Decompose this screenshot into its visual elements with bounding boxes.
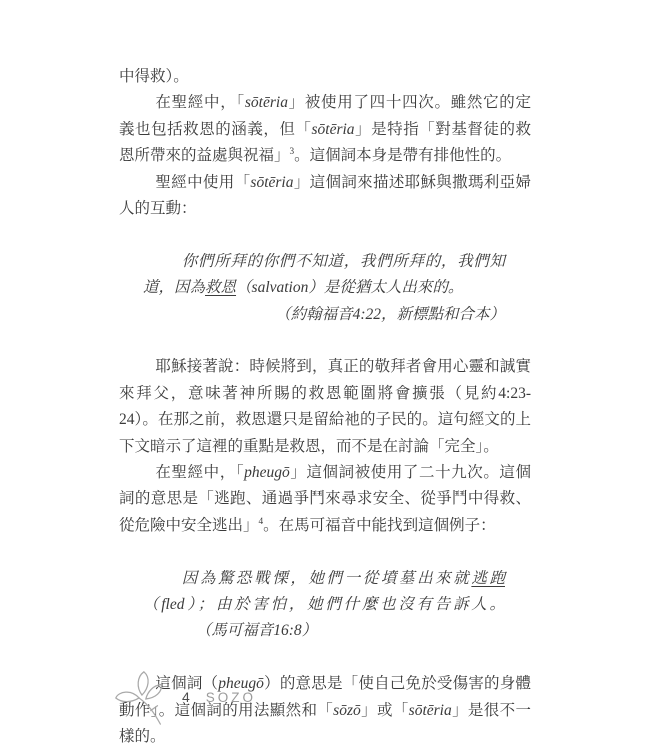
- paragraph: 中得救）。: [119, 64, 531, 90]
- paragraph: 耶穌接著說：時候將到，真正的敬拜者會用心靈和誠實來拜父，意味著神所賜的救恩範圍將…: [119, 354, 531, 460]
- text-run: 」或「: [361, 702, 409, 719]
- page-number: 4: [182, 689, 190, 705]
- text-run: 救恩: [205, 279, 236, 296]
- text-run: 耶穌接著說：時候將到，真正的敬拜者會用心靈和誠實來拜父，意味著神所賜的救恩範圍將…: [119, 358, 531, 454]
- scripture-quote: 因為驚恐戰慄，她們一從墳墓出來就逃跑（fled）；由於害怕，她們什麼也沒有告訴人…: [143, 566, 505, 645]
- text-run: 在聖經中，「: [155, 464, 244, 481]
- paragraph: 在聖經中，「sōtēria」被使用了四十四次。雖然它的定義也包括救恩的涵義，但「…: [119, 90, 531, 169]
- text-run: sōzō: [333, 702, 361, 719]
- text-run: sōtēria: [311, 121, 354, 138]
- book-page: 中得救）。在聖經中，「sōtēria」被使用了四十四次。雖然它的定義也包括救恩的…: [0, 0, 650, 750]
- paragraph: 在聖經中，「pheugō」這個詞被使用了二十九次。這個詞的意思是「逃跑、通過爭鬥…: [119, 460, 531, 539]
- text-run: （約翰福音4:22，新標點和合本）: [275, 306, 505, 323]
- text-run: （馬可福音16:8）: [196, 622, 317, 639]
- paragraph: 聖經中使用「sōtēria」這個詞來描述耶穌與撒瑪利亞婦人的互動：: [119, 170, 531, 223]
- text-run: 。在馬可福音中能找到這個例子：: [263, 517, 496, 534]
- text-run: 中得救）。: [119, 68, 189, 85]
- text-run: 因為驚恐戰慄，她們一從墳墓出來就: [182, 570, 472, 587]
- scripture-quote: 你們所拜的你們不知道，我們所拜的，我們知道，因為救恩（salvation）是從猶…: [143, 249, 505, 302]
- text-run: （fled）；由於害怕，她們什麼也沒有告訴人。: [143, 596, 505, 613]
- book-title: SOZO: [206, 690, 256, 705]
- text-run: 逃跑: [471, 570, 505, 587]
- text-run: 聖經中使用「: [155, 174, 250, 191]
- text-run: 。這個詞本身是帶有排他性的。: [294, 147, 511, 164]
- text-run: sōtēria: [245, 94, 288, 111]
- scripture-reference: （約翰福音4:22，新標點和合本）: [143, 302, 505, 328]
- document-body: 中得救）。在聖經中，「sōtēria」被使用了四十四次。雖然它的定義也包括救恩的…: [119, 64, 531, 750]
- text-run: pheugō: [244, 464, 290, 481]
- text-run: sōtēria: [409, 702, 452, 719]
- text-run: sōtēria: [250, 174, 293, 191]
- leaf-branch-icon: [110, 668, 172, 726]
- page-footer: 4 SOZO: [110, 668, 256, 726]
- text-run: 在聖經中，「: [155, 94, 244, 111]
- text-run: （salvation）是從猶太人出來的。: [236, 279, 463, 296]
